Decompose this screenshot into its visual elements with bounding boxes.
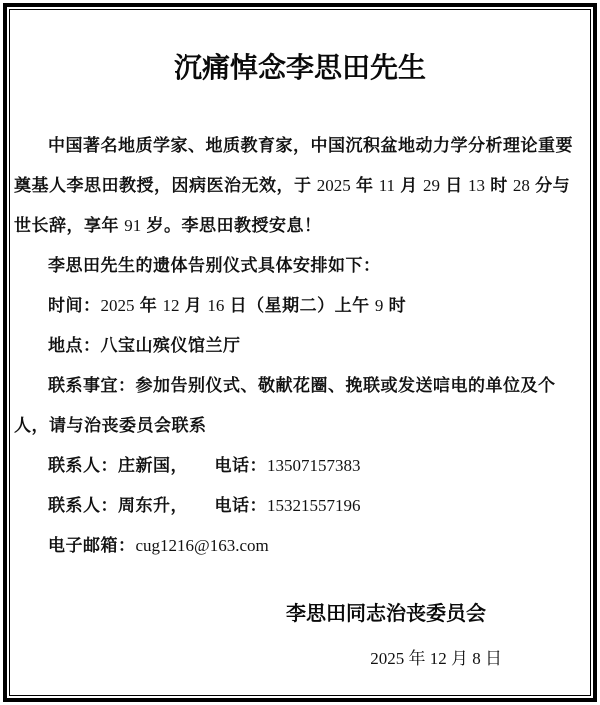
notice-content: 沉痛悼念李思田先生 中国著名地质学家、地质教育家，中国沉积盆地动力学分析理论重要… [11, 10, 589, 695]
contact-person-1-line: 联系人：庄新国， 电话：13507157383 [14, 446, 586, 486]
notice-body: 中国著名地质学家、地质教育家，中国沉积盆地动力学分析理论重要奠基人李思田教授，因… [14, 126, 586, 566]
arrangement-intro-line: 李思田先生的遗体告别仪式具体安排如下： [14, 246, 586, 286]
email-line: 电子邮箱：cug1216@163.com [14, 526, 586, 566]
date-line: 2025 年 12 月 8 日 [14, 639, 586, 679]
location-line: 地点：八宝山殡仪馆兰厅 [14, 326, 586, 366]
obituary-notice-page: 沉痛悼念李思田先生 中国著名地质学家、地质教育家，中国沉积盆地动力学分析理论重要… [0, 0, 600, 705]
contact-person-2-line: 联系人：周东升， 电话：15321557196 [14, 486, 586, 526]
funeral-committee-signature: 李思田同志治丧委员会 [14, 594, 586, 634]
time-line: 时间：2025 年 12 月 16 日（星期二）上午 9 时 [14, 286, 586, 326]
contact-matters-line: 联系事宜：参加告别仪式、敬献花圈、挽联或发送唁电的单位及个人，请与治丧委员会联系 [14, 366, 586, 446]
obituary-paragraph: 中国著名地质学家、地质教育家，中国沉积盆地动力学分析理论重要奠基人李思田教授，因… [14, 126, 586, 246]
page-title: 沉痛悼念李思田先生 [14, 53, 586, 84]
